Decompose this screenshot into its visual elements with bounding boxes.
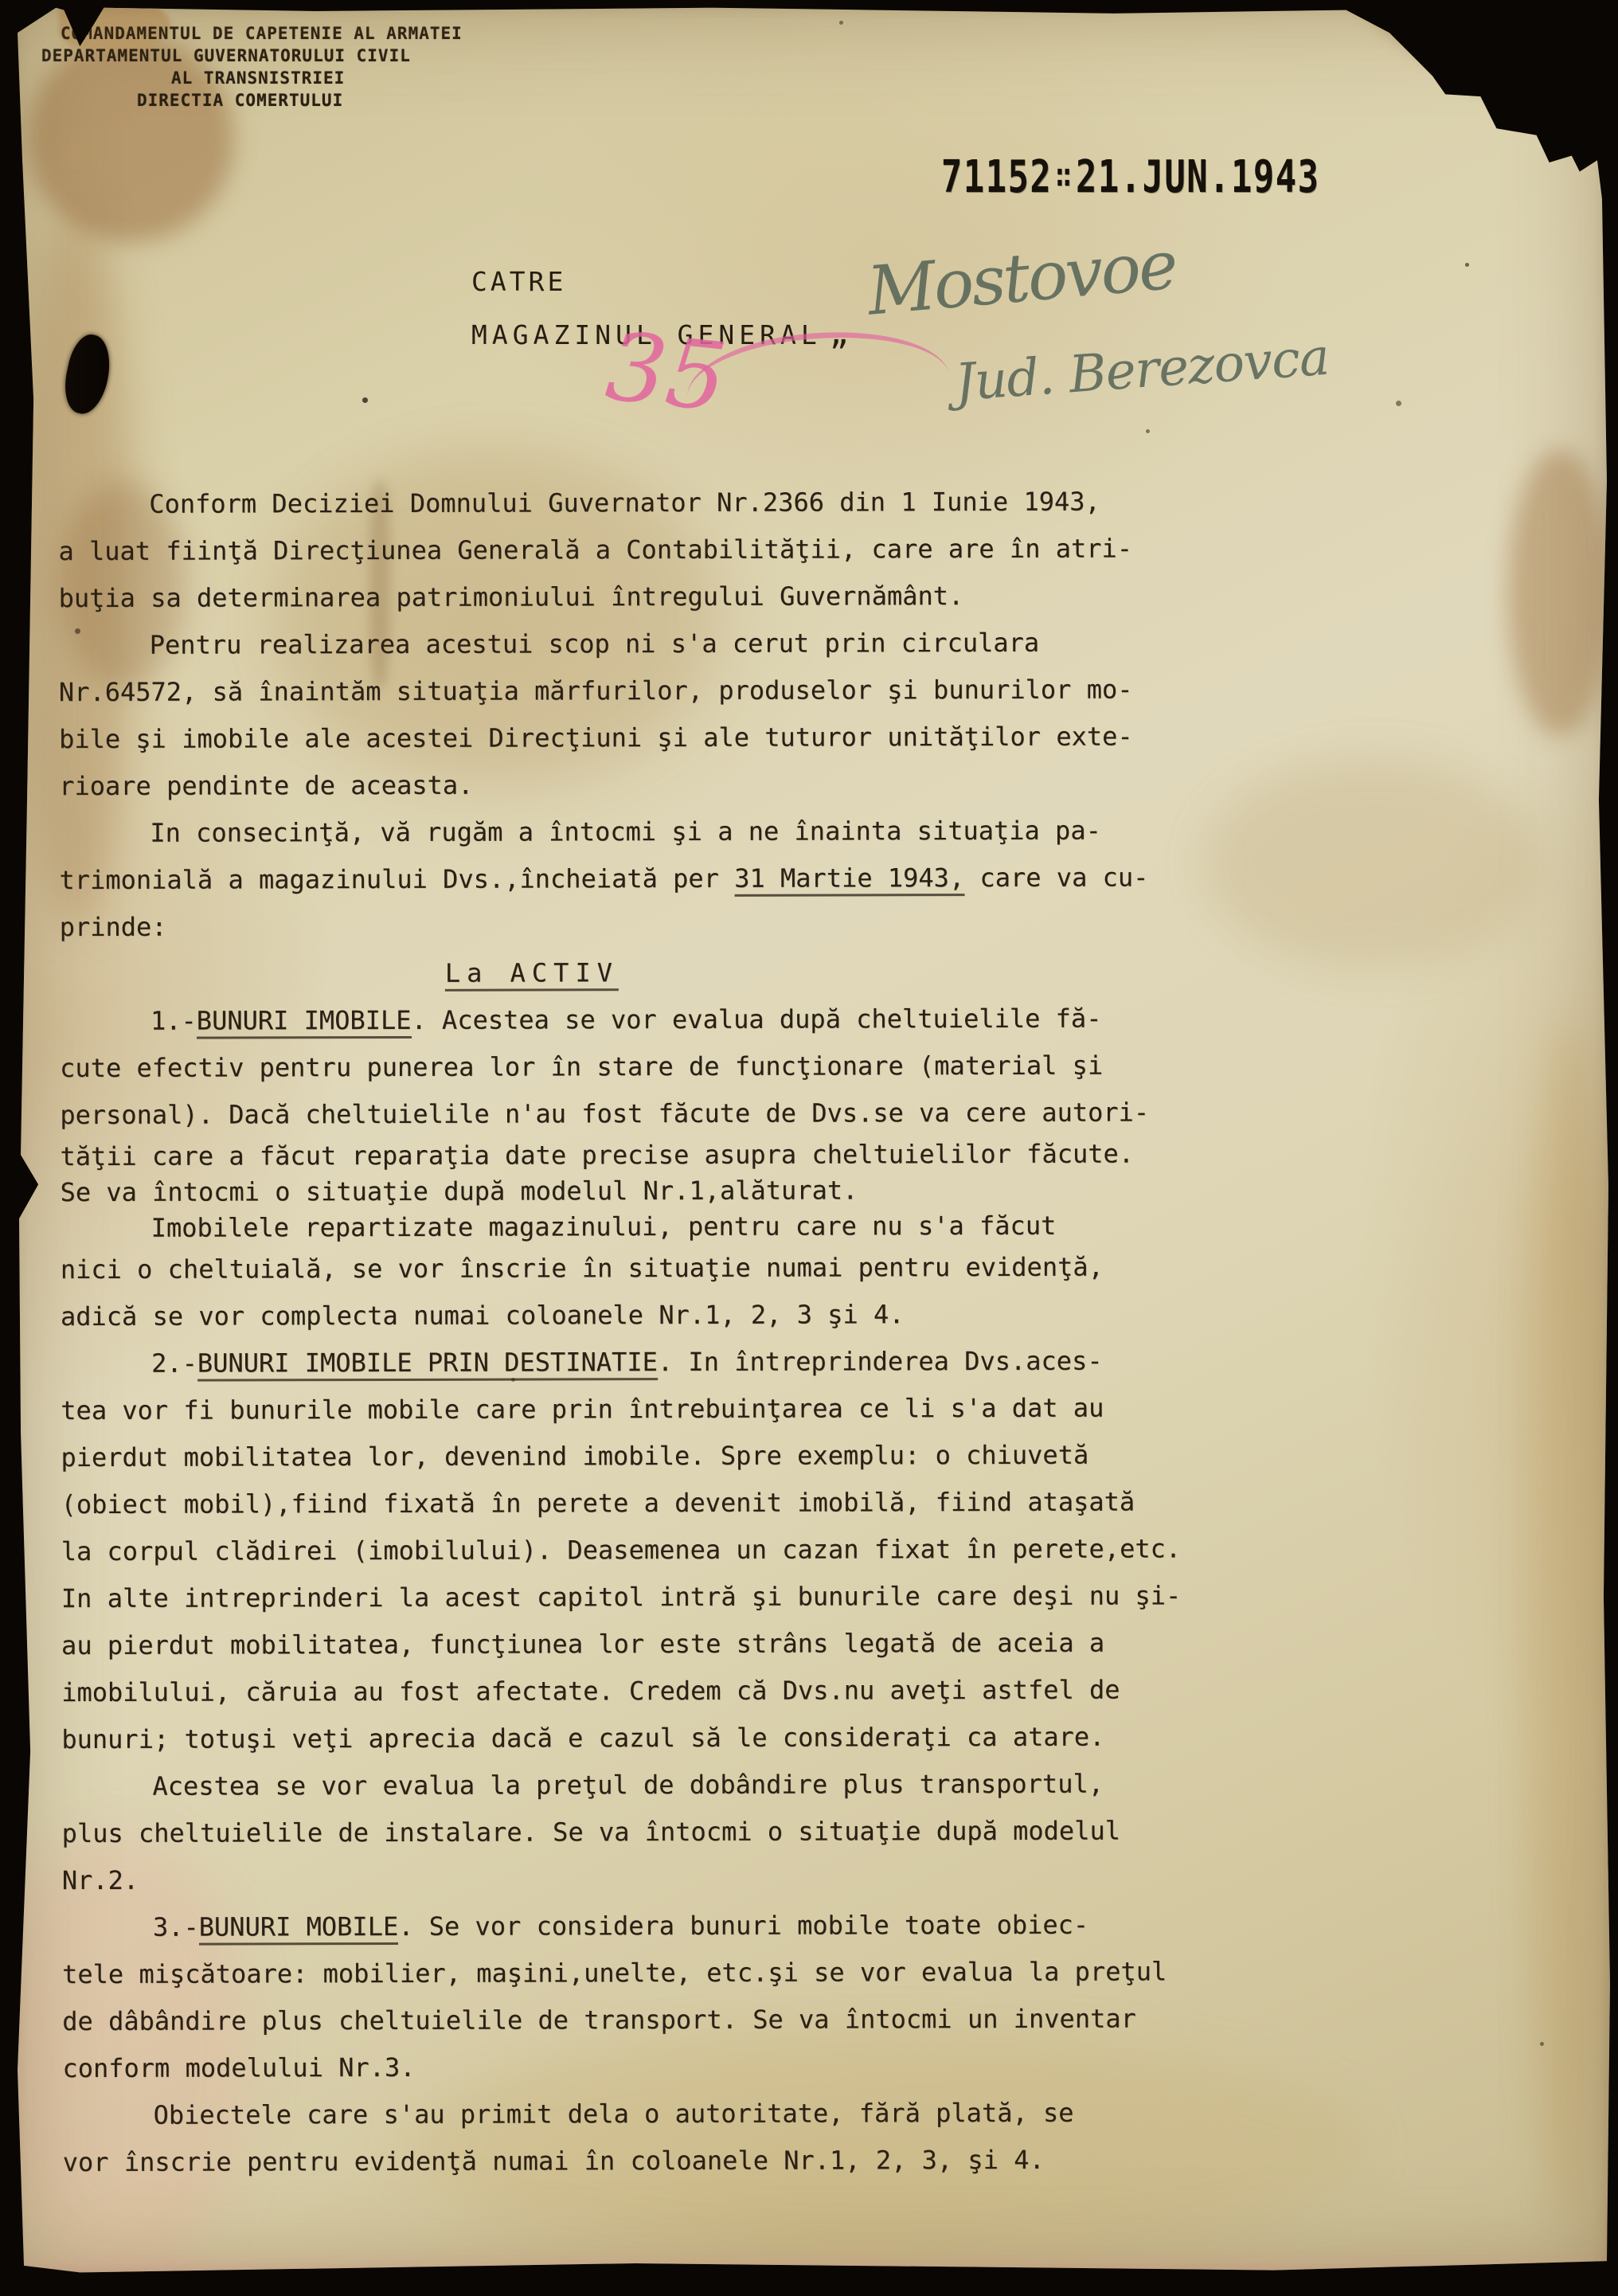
underlined-text: BUNURI IMOBILE — [197, 1005, 412, 1039]
letterhead: COMANDAMENTUL DE CAPETENIE AL ARMATEI DE… — [40, 22, 463, 111]
typed-line: (obiect mobil),fiind fixată în perete a … — [61, 1478, 1335, 1528]
letterhead-line: DIRECTIA COMERTULUI — [40, 89, 463, 111]
typed-line: 3.-BUNURI MOBILE. Se vor considera bunur… — [62, 1901, 1336, 1951]
typed-line: tele mişcătoare: mobilier, maşini,unelte… — [62, 1948, 1336, 1998]
letterhead-line: AL TRANSNISTRIEI — [40, 67, 463, 89]
typed-line: 1.-BUNURI IMOBILE. Acestea se vor evalua… — [60, 995, 1334, 1045]
paper-hole — [59, 331, 116, 418]
typed-line: Obiectele care s'au primit dela o autori… — [62, 2089, 1336, 2139]
underlined-text: BUNURI IMOBILE PRIN DESTINATIE — [197, 1347, 658, 1382]
typed-line: bile şi imobile ale acestei Direcţiuni ş… — [59, 713, 1333, 763]
typed-line: prinde: — [60, 901, 1334, 951]
typed-line: plus cheltuielile de instalare. Se va în… — [62, 1807, 1336, 1857]
typed-line: rioare pendinte de aceasta. — [59, 760, 1333, 810]
stamp-number: 71152 — [941, 151, 1052, 203]
typed-line: au pierdut mobilitatea, funcţiunea lor e… — [61, 1619, 1335, 1669]
underlined-text: BUNURI MOBILE — [199, 1911, 399, 1946]
handwritten-county: Jud. Berezovca — [953, 328, 1331, 413]
underlined-text: 31 Martie 1943, — [734, 862, 964, 897]
paper-stain — [1508, 449, 1612, 736]
typed-line: Se va întocmi o situaţie după modelul Nr… — [60, 1171, 1334, 1211]
typed-line: a luat fiinţă Direcţiunea Generală a Con… — [58, 525, 1332, 575]
typed-line: In consecinţă, vă rugăm a întocmi şi a n… — [59, 807, 1333, 857]
section-heading: La ACTIV — [60, 948, 1334, 998]
typed-line: personal). Dacă cheltuielile n'au fost f… — [60, 1089, 1334, 1139]
letterhead-line: DEPARTAMENTUL GUVERNATORULUI CIVIL — [40, 45, 463, 67]
typed-line: buţia sa determinarea patrimoniului într… — [59, 572, 1333, 622]
typed-line: imobilului, căruia au fost afectate. Cre… — [61, 1666, 1335, 1716]
typed-line: adică se vor complecta numai coloanele N… — [61, 1290, 1335, 1340]
salutation-catre: CATRE — [471, 266, 566, 297]
document-paper: COMANDAMENTUL DE CAPETENIE AL ARMATEI DE… — [11, 3, 1610, 2279]
registry-date-stamp: 71152∷21.JUN.1943 — [941, 151, 1319, 203]
typed-line: tea vor fi bunurile mobile care prin înt… — [61, 1384, 1335, 1434]
paper-edge-tint — [11, 2247, 1610, 2279]
typed-line: la corpul clădirei (imobilului). Deaseme… — [61, 1525, 1335, 1575]
typed-line: Pentru realizarea acestui scop ni s'a ce… — [59, 619, 1333, 669]
typed-line: Acestea se vor evalua la preţul de dobân… — [61, 1760, 1335, 1810]
typed-line: bunuri; totuşi veţi aprecia dacă e cazul… — [61, 1713, 1335, 1763]
paper-stain — [1524, 1023, 1612, 2217]
paper-stain — [1333, 0, 1618, 162]
paper-specks — [11, 3, 15, 7]
typed-line: tăţii care a făcut reparaţia date precis… — [60, 1136, 1334, 1175]
typed-line: trimonială a magazinului Dvs.,încheiată … — [59, 854, 1333, 904]
handwritten-location: Mostovoe — [864, 225, 1178, 330]
typed-line: Conform Deciziei Domnului Guvernator Nr.… — [58, 478, 1332, 528]
typed-line: nici o cheltuială, se vor înscrie în sit… — [61, 1243, 1335, 1293]
typed-line: 2.-BUNURI IMOBILE PRIN DESTINATIE. In în… — [61, 1337, 1335, 1387]
typed-body: Conform Deciziei Domnului Guvernator Nr.… — [58, 478, 1337, 2186]
underlined-text: La ACTIV — [445, 957, 619, 992]
typed-line: pierdut mobilitatea lor, devenind imobil… — [61, 1431, 1335, 1481]
stamp-date: 21.JUN.1943 — [1076, 151, 1319, 203]
stamp-separator: ∷ — [1052, 158, 1076, 195]
typed-line: cute efectiv pentru punerea lor în stare… — [60, 1042, 1334, 1092]
typed-line: Nr.2. — [62, 1854, 1336, 1904]
typed-line: conform modelului Nr.3. — [62, 2042, 1336, 2092]
typed-line: vor înscrie pentru evidenţă numai în col… — [63, 2136, 1337, 2186]
photo-backdrop: COMANDAMENTUL DE CAPETENIE AL ARMATEI DE… — [0, 0, 1618, 2296]
typed-line: Nr.64572, să înaintăm situaţia mărfurilo… — [59, 666, 1333, 716]
typed-line: de dâbândire plus cheltuielile de transp… — [62, 1995, 1336, 2045]
letterhead-line: COMANDAMENTUL DE CAPETENIE AL ARMATEI — [40, 22, 463, 45]
typed-line: Imobilele repartizate magazinului, pentr… — [61, 1207, 1335, 1246]
typed-line: In alte intreprinderi la acest capitol i… — [61, 1572, 1335, 1622]
